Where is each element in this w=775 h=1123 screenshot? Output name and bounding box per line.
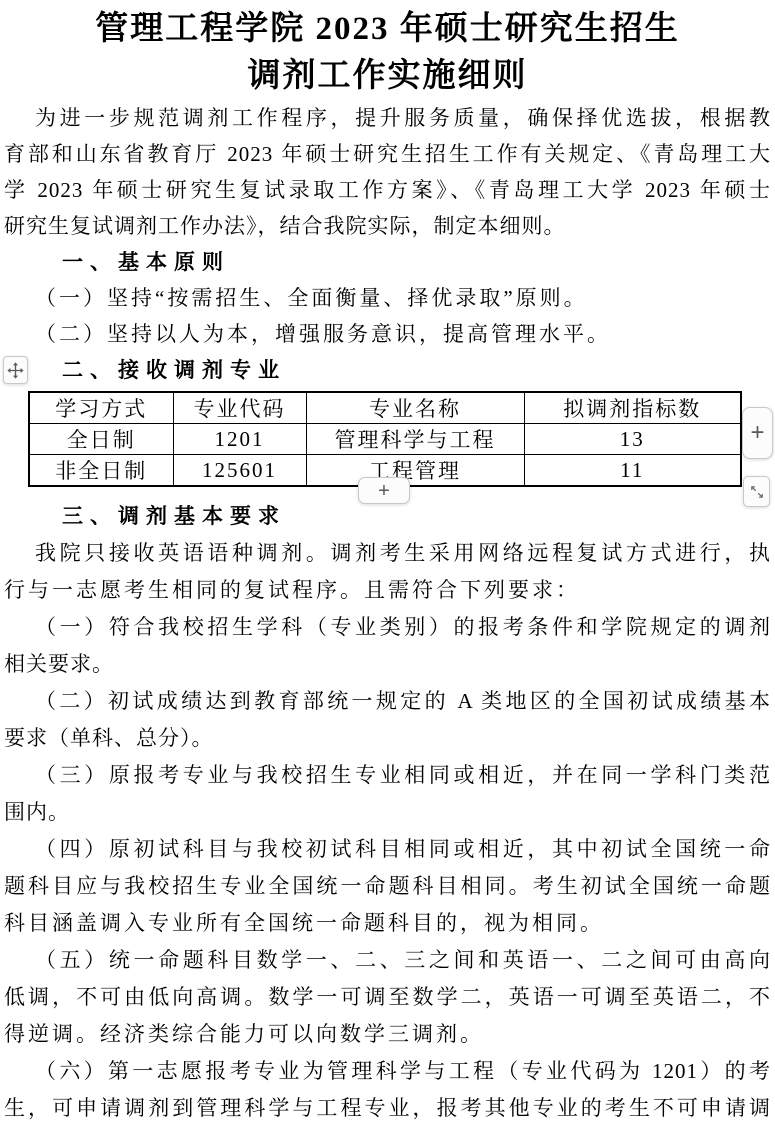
cell-quota: 11 (524, 455, 741, 487)
text-line: 我院只接收英语语种调剂。调剂考生采用网络远程复试方式进行，执 (4, 535, 771, 572)
document-title: 管理工程学院 2023 年硕士研究生招生 调剂工作实施细则 (0, 0, 775, 100)
text-line: 育部和山东省教育厅 2023 年硕士研究生招生工作有关规定、《青岛理工大 (4, 136, 771, 172)
table-head: 学习方式专业代码专业名称拟调剂指标数 (29, 392, 741, 424)
text-line: （一）坚持“按需招生、全面衡量、择优录取”原则。 (4, 280, 771, 316)
text-line: （二）坚持以人为本，增强服务意识，提高管理水平。 (4, 316, 771, 352)
add-column-button[interactable]: + (742, 407, 773, 459)
cell-major-name: 工程管理 (306, 455, 524, 487)
adjustment-majors-table: 学习方式专业代码专业名称拟调剂指标数 全日制 1201 管理科学与工程 13 非… (28, 391, 742, 487)
text-line: （六）第一志愿报考专业为管理科学与工程（专业代码为 1201）的考 (4, 1053, 771, 1090)
table-row: 全日制 1201 管理科学与工程 13 (29, 424, 741, 455)
resize-diagonal-icon (749, 484, 765, 500)
text-line: （三）原报考专业与我校招生专业相同或相近，并在同一学科门类范 (4, 757, 771, 794)
body-text-top: 为进一步规范调剂工作程序，提升服务质量，确保择优选拔，根据教育部和山东省教育厅 … (0, 100, 775, 388)
body-text-bottom: 三、调剂基本要求我院只接收英语语种调剂。调剂考生采用网络远程复试方式进行，执行与… (0, 498, 775, 1123)
text-line: 题科目应与我校招生专业全国统一命题科目相同。考生初试全国统一命题 (4, 868, 771, 905)
plus-icon: + (750, 421, 764, 445)
text-line: （二）初试成绩达到教育部统一规定的 A 类地区的全国初试成绩基本 (4, 683, 771, 720)
table-resize-button[interactable] (743, 476, 770, 507)
cell-study-mode: 非全日制 (29, 455, 173, 487)
text-line: （五）统一命题科目数学一、二、三之间和英语一、二之间可由高向 (4, 942, 771, 979)
text-line: 低调，不可由低向高调。数学一可调至数学二，英语一可调至英语二，不 (4, 979, 771, 1016)
table-header-row: 学习方式专业代码专业名称拟调剂指标数 (29, 392, 741, 424)
cell-major-name: 管理科学与工程 (306, 424, 524, 455)
text-line: 为进一步规范调剂工作程序，提升服务质量，确保择优选拔，根据教 (4, 100, 771, 136)
text-line: 学 2023 年硕士研究生复试录取工作方案》、《青岛理工大学 2023 年硕士 (4, 172, 771, 208)
text-line: 得逆调。经济类综合能力可以向数学三调剂。 (4, 1016, 771, 1053)
document-title-line1: 管理工程学院 2023 年硕士研究生招生 (0, 6, 775, 53)
table-drag-handle-button[interactable] (3, 356, 28, 384)
text-line: 一、基本原则 (4, 244, 771, 280)
text-line: 围内。 (4, 794, 771, 831)
text-line: 要求（单科、总分）。 (4, 720, 771, 757)
text-line: 生，可申请调剂到管理科学与工程专业，报考其他专业的考生不可申请调 (4, 1090, 771, 1123)
text-line: （四）原初试科目与我校初试科目相同或相近，其中初试全国统一命 (4, 831, 771, 868)
table-header-cell: 拟调剂指标数 (524, 392, 741, 424)
table-header-cell: 专业名称 (306, 392, 524, 424)
document-title-line2: 调剂工作实施细则 (0, 53, 775, 100)
table-header-cell: 学习方式 (29, 392, 173, 424)
cell-study-mode: 全日制 (29, 424, 173, 455)
text-line: 研究生复试调剂工作办法》，结合我院实际，制定本细则。 (4, 208, 771, 244)
move-icon (7, 362, 24, 379)
cell-major-code: 125601 (173, 455, 306, 487)
text-line: 相关要求。 (4, 646, 771, 683)
add-row-button[interactable]: + (358, 477, 410, 504)
text-line: 科目涵盖调入专业所有全国统一命题科目的，视为相同。 (4, 905, 771, 942)
table-header-cell: 专业代码 (173, 392, 306, 424)
cell-quota: 13 (524, 424, 741, 455)
plus-icon: + (378, 481, 390, 501)
cell-major-code: 1201 (173, 424, 306, 455)
text-line: 二、接收调剂专业 (4, 352, 771, 388)
document-page: 管理工程学院 2023 年硕士研究生招生 调剂工作实施细则 为进一步规范调剂工作… (0, 0, 775, 1123)
table-container: 学习方式专业代码专业名称拟调剂指标数 全日制 1201 管理科学与工程 13 非… (28, 391, 775, 487)
text-line: 行与一志愿考生相同的复试程序。且需符合下列要求： (4, 572, 771, 609)
text-line: （一）符合我校招生学科（专业类别）的报考条件和学院规定的调剂 (4, 609, 771, 646)
